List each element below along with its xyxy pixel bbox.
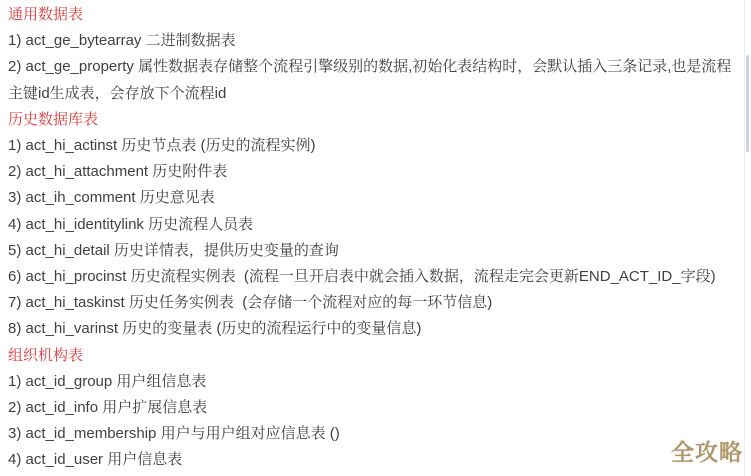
- article-content: 通用数据表 1) act_ge_bytearray 二进制数据表 2) act_…: [0, 0, 751, 476]
- list-item: 2) act_hi_attachment 历史附件表: [8, 159, 735, 185]
- list-item: 1) act_id_group 用户组信息表: [8, 369, 735, 395]
- list-item: 1) act_ge_bytearray 二进制数据表: [8, 28, 735, 54]
- section-heading: 组织机构表: [8, 343, 735, 369]
- section-heading: 历史数据库表: [8, 107, 735, 133]
- list-item: 7) act_hi_taskinst 历史任务实例表 (会存储一个流程对应的每一…: [8, 290, 735, 316]
- watermark: 全攻略: [671, 434, 743, 467]
- scrollbar-thumb[interactable]: [746, 55, 749, 152]
- list-item: 2) act_ge_property 属性数据表存储整个流程引擎级别的数据,初始…: [8, 54, 735, 106]
- list-item: 3) act_ih_comment 历史意见表: [8, 185, 735, 211]
- list-item: 4) act_hi_identitylink 历史流程人员表: [8, 212, 735, 238]
- section-organization-tables: 组织机构表 1) act_id_group 用户组信息表 2) act_id_i…: [8, 343, 735, 474]
- scrollbar-track[interactable]: [744, 0, 751, 476]
- list-item: 1) act_hi_actinst 历史节点表 (历史的流程实例): [8, 133, 735, 159]
- list-item: 6) act_hi_procinst 历史流程实例表 (流程一旦开启表中就会插入…: [8, 264, 735, 290]
- section-history-tables: 历史数据库表 1) act_hi_actinst 历史节点表 (历史的流程实例)…: [8, 107, 735, 343]
- list-item: 8) act_hi_varinst 历史的变量表 (历史的流程运行中的变量信息): [8, 316, 735, 342]
- section-general-tables: 通用数据表 1) act_ge_bytearray 二进制数据表 2) act_…: [8, 2, 735, 107]
- section-heading: 通用数据表: [8, 2, 735, 28]
- list-item: 3) act_id_membership 用户与用户组对应信息表 (): [8, 421, 735, 447]
- list-item: 2) act_id_info 用户扩展信息表: [8, 395, 735, 421]
- list-item: 5) act_hi_detail 历史详情表，提供历史变量的查询: [8, 238, 735, 264]
- list-item: 4) act_id_user 用户信息表: [8, 447, 735, 473]
